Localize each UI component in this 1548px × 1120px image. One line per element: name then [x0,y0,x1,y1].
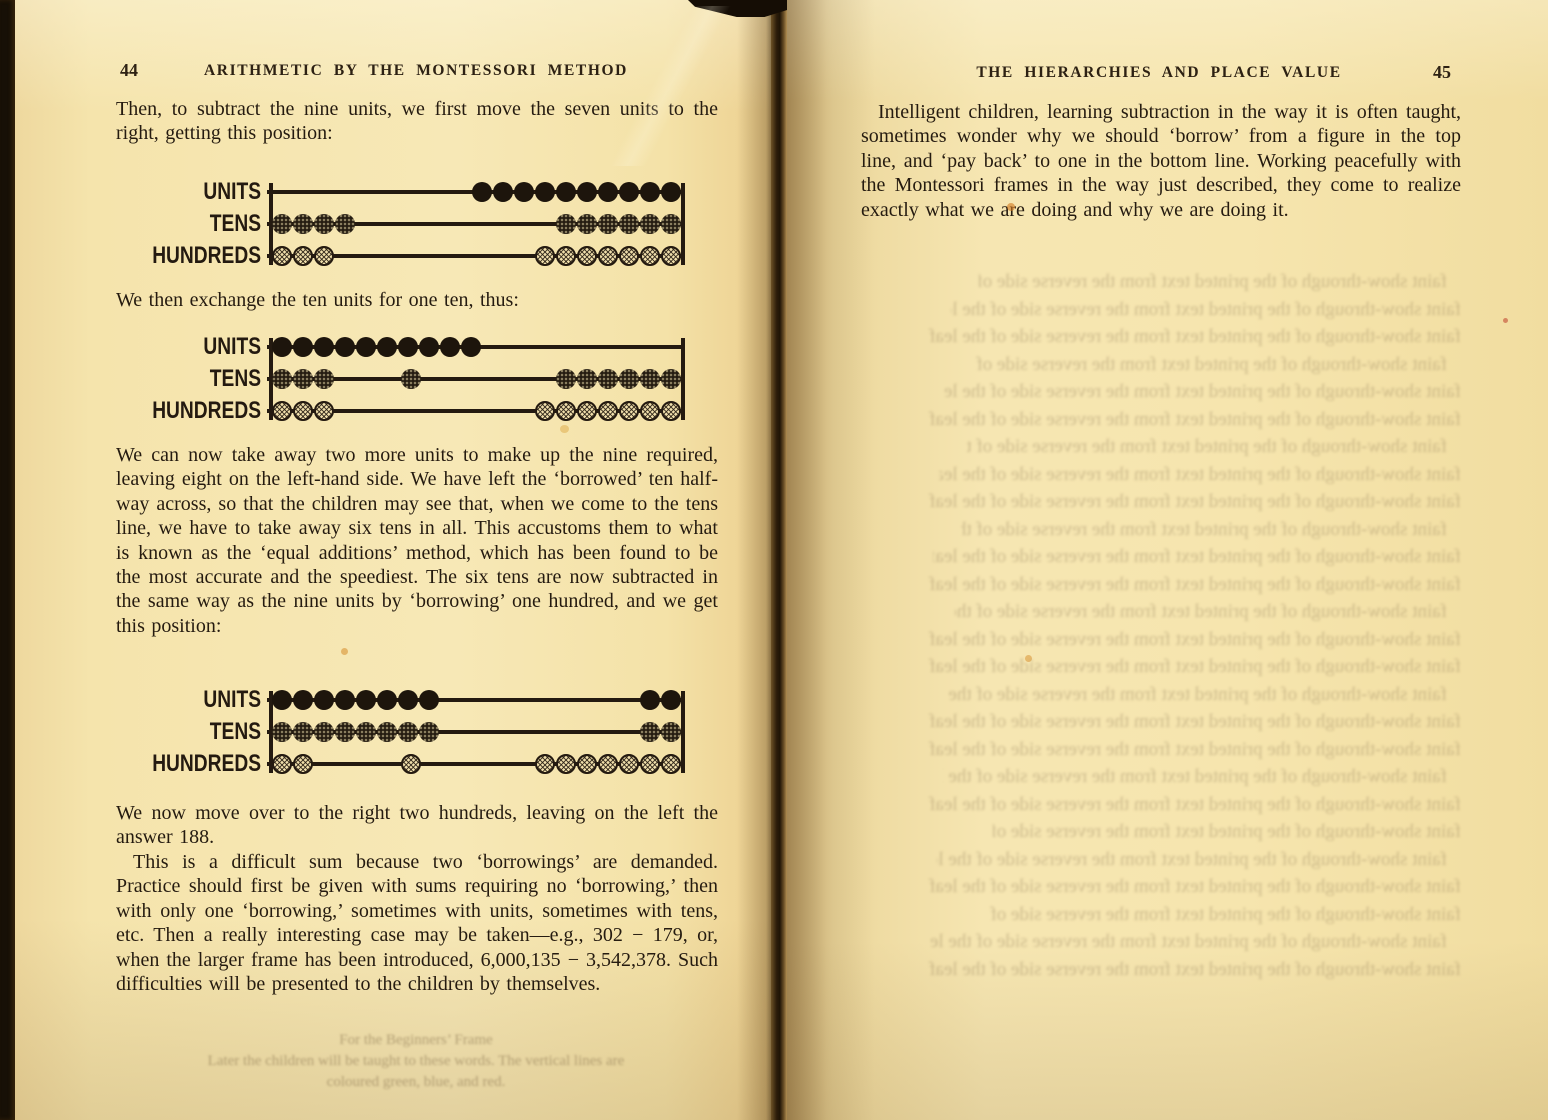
abacus-bead [335,690,355,710]
abacus-diagram-2: UNITSTENSHUNDREDS [111,331,683,427]
bleedthrough-line: faint show-through of the printed text f… [939,461,1461,489]
abacus-bead [661,369,681,389]
bleedthrough-line: faint show-through of the printed text f… [987,901,1461,929]
abacus-bead [577,369,597,389]
abacus-bead [293,401,313,421]
abacus-bead [640,754,660,774]
abacus-bead [619,214,639,234]
abacus-row: UNITS [111,684,683,716]
abacus-bead [272,214,292,234]
abacus-bead [272,369,292,389]
running-title: THE HIERARCHIES AND PLACE VALUE [859,64,1459,82]
page-right: THE HIERARCHIES AND PLACE VALUE 45 Intel… [787,0,1548,1120]
abacus-bead [293,337,313,357]
abacus-bead [640,401,660,421]
running-header-right: THE HIERARCHIES AND PLACE VALUE 45 [859,64,1459,82]
bleedthrough-text-left: For the Beginners’ FrameLater the childr… [116,1030,716,1093]
abacus-bead [398,722,418,742]
abacus-bead [535,246,555,266]
paragraph-equal-additions: We can now take away two more units to m… [116,443,718,638]
running-title: ARITHMETIC BY THE MONTESSORI METHOD [116,62,716,80]
abacus-bead [598,246,618,266]
bleedthrough-line: Later the children will be taught to the… [116,1051,716,1072]
abacus-bead [556,369,576,389]
paragraph-difficult-sum: This is a difficult sum because two ‘bor… [116,850,718,996]
paragraph-exchange: We then exchange the ten units for one t… [116,288,718,312]
abacus-wire [269,395,683,427]
paragraph-intelligent-children: Intelligent children, learning subtracti… [861,100,1461,222]
abacus-bead [535,754,555,774]
abacus-rows: UNITSTENSHUNDREDS [111,331,683,427]
abacus-bead [293,690,313,710]
abacus-bead [556,754,576,774]
bleedthrough-line: faint show-through of the printed text f… [967,433,1447,461]
bleedthrough-line: faint show-through of the printed text f… [955,598,1447,626]
abacus-bead [493,182,513,202]
abacus-row-label: UNITS [143,333,269,361]
abacus-row-label: UNITS [143,178,269,206]
abacus-bead [640,214,660,234]
abacus-rows: UNITSTENSHUNDREDS [111,684,683,780]
abacus-wire [269,363,683,395]
abacus-bead [598,754,618,774]
abacus-row: HUNDREDS [111,395,683,427]
abacus-bead [335,722,355,742]
abacus-bead [356,337,376,357]
abacus-bead [272,401,292,421]
bleedthrough-line: faint show-through of the printed text f… [943,763,1447,791]
abacus-bead [293,246,313,266]
abacus-bead [314,401,334,421]
abacus-row: TENS [111,363,683,395]
abacus-rows: UNITSTENSHUNDREDS [111,176,683,272]
abacus-bead [314,214,334,234]
abacus-bead [577,401,597,421]
abacus-row-label: HUNDREDS [143,397,269,425]
abacus-wire [269,176,683,208]
abacus-bead [401,369,421,389]
abacus-bead [440,337,460,357]
abacus-bead [556,182,576,202]
abacus-bead [293,722,313,742]
paper-stain [1503,318,1508,323]
abacus-wire [269,716,683,748]
abacus-wire [269,684,683,716]
abacus-row-label: TENS [143,365,269,393]
abacus-bead [535,401,555,421]
abacus-wire [269,240,683,272]
bleedthrough-line: faint show-through of the printed text f… [949,681,1447,709]
abacus-bead [419,722,439,742]
abacus-bead [577,182,597,202]
abacus-bead [398,690,418,710]
abacus-bead [314,722,334,742]
abacus-bead [619,182,639,202]
abacus-bead [577,214,597,234]
abacus-bead [272,337,292,357]
abacus-row: TENS [111,208,683,240]
abacus-bead [314,369,334,389]
abacus-bead [272,722,292,742]
page-number: 45 [1433,62,1451,83]
running-header-left: 44 ARITHMETIC BY THE MONTESSORI METHOD [116,62,716,80]
abacus-bead [377,722,397,742]
bleedthrough-line: faint show-through of the printed text f… [879,736,1461,764]
abacus-bead [661,246,681,266]
abacus-row: TENS [111,716,683,748]
abacus-bead [640,182,660,202]
bleedthrough-line: faint show-through of the printed text f… [903,406,1461,434]
bleedthrough-line: faint show-through of the printed text f… [921,708,1461,736]
abacus-bead [314,246,334,266]
abacus-bead [661,401,681,421]
abacus-bead [335,337,355,357]
bleedthrough-line: faint show-through of the printed text f… [891,571,1461,599]
abacus-bead [472,182,492,202]
abacus-bead [661,690,681,710]
abacus-bead [619,754,639,774]
paper-stain [341,648,348,655]
abacus-bead [377,690,397,710]
abacus-bead [598,401,618,421]
abacus-bead [640,722,660,742]
abacus-bead [556,214,576,234]
bleedthrough-line: coloured green, blue, and red. [116,1072,716,1093]
bleedthrough-line: faint show-through of the printed text f… [961,516,1447,544]
abacus-bead [401,754,421,774]
abacus-diagram-1: UNITSTENSHUNDREDS [111,176,683,272]
paragraph-answer-188: We now move over to the right two hundre… [116,801,718,850]
page-number: 44 [120,60,138,81]
bleedthrough-line: faint show-through of the printed text f… [927,626,1461,654]
abacus-bead [661,722,681,742]
abacus-bead [272,754,292,774]
abacus-bead [598,214,618,234]
bleedthrough-line: faint show-through of the printed text f… [937,846,1447,874]
bleedthrough-line: faint show-through of the printed text f… [909,323,1461,351]
abacus-bead [598,369,618,389]
abacus-diagram-3: UNITSTENSHUNDREDS [111,684,683,780]
abacus-bead [598,182,618,202]
abacus-row: UNITS [111,331,683,363]
bleedthrough-line: faint show-through of the printed text f… [915,791,1461,819]
abacus-bead [577,246,597,266]
page-left: 44 ARITHMETIC BY THE MONTESSORI METHOD T… [15,0,771,1120]
abacus-bead [640,369,660,389]
bleedthrough-line: faint show-through of the printed text f… [951,296,1461,324]
abacus-row-label: UNITS [143,686,269,714]
abacus-row-label: HUNDREDS [143,242,269,270]
abacus-bead [314,690,334,710]
bleedthrough-text-right: faint show-through of the printed text f… [861,268,1461,1068]
book-gutter [771,0,787,1120]
abacus-bead [577,754,597,774]
abacus-bead [335,214,355,234]
bleedthrough-line: faint show-through of the printed text f… [933,543,1461,571]
paragraph-subtract-units: Then, to subtract the nine units, we fir… [116,97,718,146]
abacus-bead [661,754,681,774]
abacus-row: UNITS [111,176,683,208]
abacus-bead [419,690,439,710]
abacus-bead [619,369,639,389]
abacus-bead [461,337,481,357]
bleedthrough-line: faint show-through of the printed text f… [897,488,1461,516]
abacus-bead [377,337,397,357]
abacus-bead [556,246,576,266]
abacus-bead [293,369,313,389]
abacus-bead [272,690,292,710]
abacus-row: HUNDREDS [111,240,683,272]
abacus-bead [314,337,334,357]
abacus-bead [293,214,313,234]
abacus-bead [356,690,376,710]
abacus-row-label: TENS [143,718,269,746]
abacus-bead [514,182,534,202]
abacus-bead [398,337,418,357]
abacus-row-label: TENS [143,210,269,238]
abacus-bead [661,182,681,202]
bleedthrough-line: For the Beginners’ Frame [116,1030,716,1051]
abacus-bead [619,401,639,421]
book-scan: 44 ARITHMETIC BY THE MONTESSORI METHOD T… [0,0,1548,1120]
abacus-bead [661,214,681,234]
bleedthrough-line: faint show-through of the printed text f… [945,378,1461,406]
abacus-bead [619,246,639,266]
bleedthrough-line: faint show-through of the printed text f… [979,268,1447,296]
bleedthrough-line: faint show-through of the printed text f… [903,956,1461,984]
abacus-wire [269,331,683,363]
abacus-bead [556,401,576,421]
abacus-bead [356,722,376,742]
abacus-wire [269,748,683,780]
abacus-bead [640,690,660,710]
abacus-row-label: HUNDREDS [143,750,269,778]
abacus-bead [272,246,292,266]
bleedthrough-line: faint show-through of the printed text f… [885,653,1461,681]
abacus-bead [419,337,439,357]
page-edge-deckle [0,0,15,1120]
bleedthrough-line: faint show-through of the printed text f… [993,818,1461,846]
bleedthrough-line: faint show-through of the printed text f… [909,873,1461,901]
abacus-wire [269,208,683,240]
bleedthrough-line: faint show-through of the printed text f… [973,351,1447,379]
abacus-bead [293,754,313,774]
bleedthrough-line: faint show-through of the printed text f… [931,928,1447,956]
abacus-bead [640,246,660,266]
abacus-bead [535,182,555,202]
abacus-row: HUNDREDS [111,748,683,780]
